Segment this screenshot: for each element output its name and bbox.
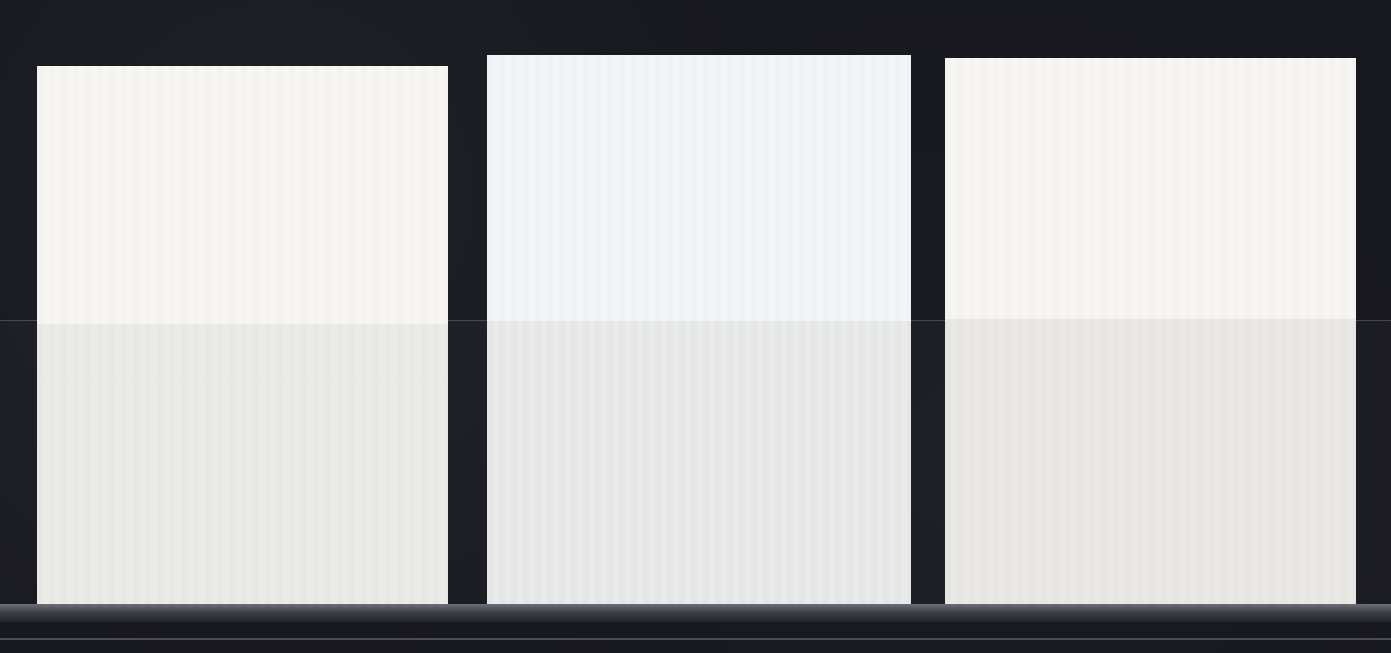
paper-piece-1-covered-half [37,324,448,611]
mount-strip [0,604,1391,622]
paper-piece-2-covered-half [487,321,911,606]
paper-piece-2 [487,55,911,606]
paper-piece-1 [37,66,448,611]
paper-piece-3-covered-half [945,319,1356,604]
paper-piece-3 [945,58,1356,604]
mount-strip-edge [0,638,1391,640]
